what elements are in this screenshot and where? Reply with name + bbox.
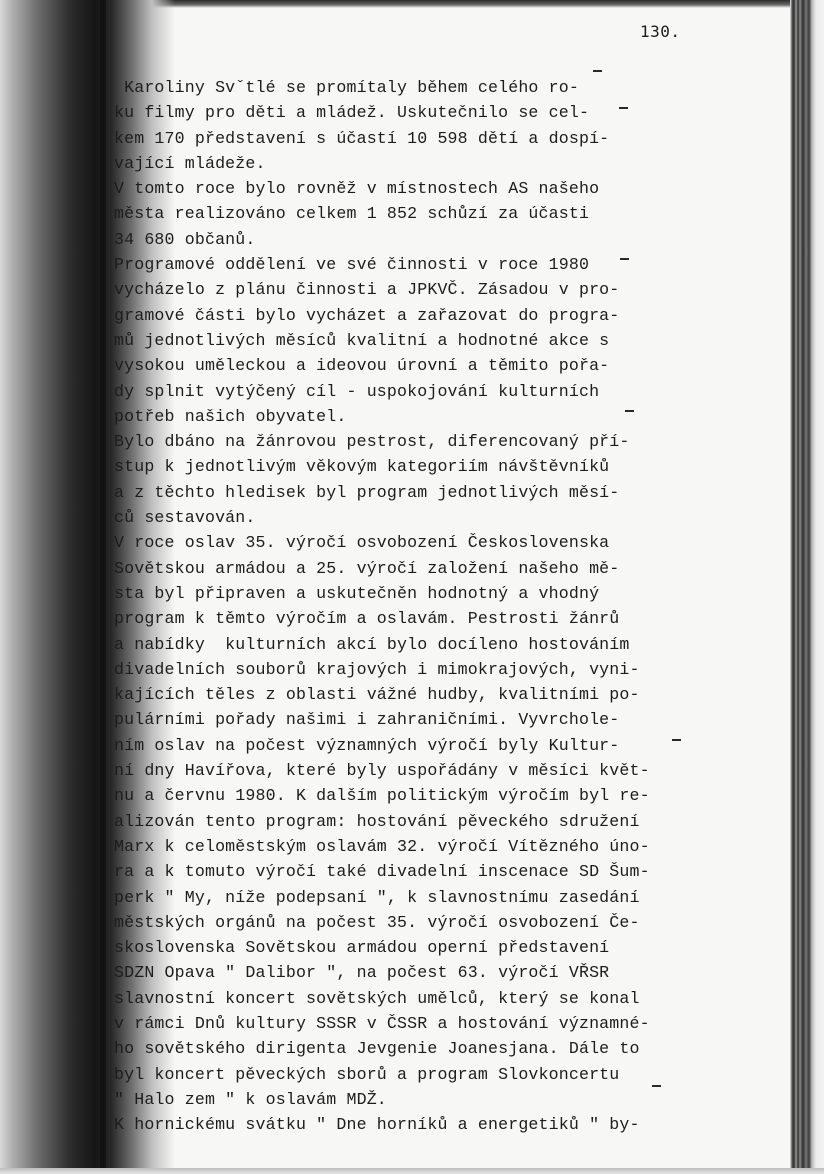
margin-mark [620,258,629,260]
margin-mark [625,410,634,412]
margin-mark [593,70,602,72]
margin-mark [652,1085,661,1087]
margin-mark [672,739,681,741]
scanned-page: 130. Karoliny Svˇtlé se promítaly během … [0,0,824,1174]
margin-marks [0,0,824,1174]
margin-mark [619,107,628,109]
